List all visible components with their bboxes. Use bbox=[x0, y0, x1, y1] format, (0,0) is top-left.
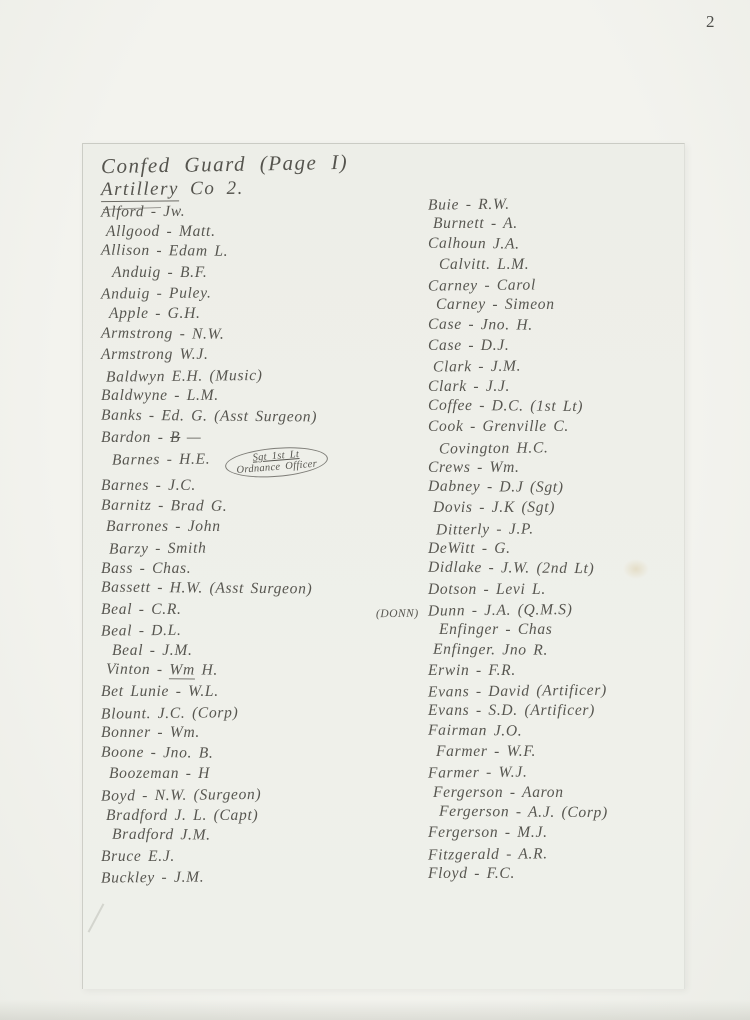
roster-entry: Bradford J.M. bbox=[112, 825, 411, 848]
roster-entry: Beal - J.M. bbox=[112, 641, 411, 662]
page-number: 2 bbox=[706, 12, 716, 32]
entry-text: Beal - D.L. bbox=[101, 622, 182, 640]
roster-entry: Fergerson - M.J. bbox=[428, 823, 728, 843]
entry-text: Covington H.C. bbox=[439, 439, 549, 457]
entry-text: Clark - J.M. bbox=[433, 358, 521, 376]
header-unit-underlined: Artillery bbox=[101, 178, 179, 202]
roster-entry: Armstrong W.J. bbox=[101, 345, 411, 366]
paper-sheet: Confed Guard (Page I) Artillery Co 2. Al… bbox=[82, 143, 685, 989]
entry-text: Erwin - F.R. bbox=[428, 662, 516, 679]
entry-text: Barnes - H.E. bbox=[112, 451, 217, 469]
entry-text: Buie - R.W. bbox=[428, 196, 510, 214]
entry-text: Didlake - J.W. (2nd Lt) bbox=[428, 559, 595, 577]
paper-stain bbox=[623, 559, 649, 579]
entry-text: Evans - S.D. (Artificer) bbox=[428, 702, 595, 719]
entry-text: Fitzgerald - A.R. bbox=[428, 845, 548, 863]
roster-entry: Anduig - B.F. bbox=[112, 263, 411, 284]
roster-entry: Bradford J. L. (Capt) bbox=[106, 806, 411, 827]
entry-text: Bardon - bbox=[101, 429, 170, 446]
entry-text: Armstrong W.J. bbox=[101, 346, 209, 363]
roster-entry: Bass - Chas. bbox=[101, 559, 411, 580]
entry-u: Wm bbox=[169, 662, 195, 680]
roster-entry: Boyd - N.W. (Surgeon) bbox=[101, 783, 411, 807]
entry-text: Case - Jno. H. bbox=[428, 315, 533, 333]
entry-text: Floyd - F.C. bbox=[428, 865, 515, 882]
roster-entry: Apple - G.H. bbox=[109, 304, 411, 325]
entry-text: Boyd - N.W. (Surgeon) bbox=[101, 786, 261, 805]
roster-entry: Boone - Jno. B. bbox=[101, 742, 411, 765]
entry-text: Baldwyn E.H. (Music) bbox=[106, 367, 263, 386]
entry-text: Carney - Carol bbox=[428, 277, 536, 295]
roster-entry: Bassett - H.W. (Asst Surgeon) bbox=[101, 578, 411, 601]
entry-text: Armstrong - N.W. bbox=[101, 324, 225, 342]
entry-text: Allgood - Matt. bbox=[106, 223, 216, 240]
entry-text: Boone - Jno. B. bbox=[101, 743, 214, 761]
entry-text: Dabney - D.J (Sgt) bbox=[428, 478, 564, 496]
roster-entry: Vinton - Wm H. bbox=[106, 660, 411, 683]
roster-entry: Evans - S.D. (Artificer) bbox=[428, 701, 728, 721]
entry-text: H. bbox=[195, 662, 218, 679]
roster-entry: Baldwyn E.H. (Music) bbox=[106, 364, 411, 388]
roster-entry: Farmer - W.F. bbox=[436, 742, 728, 762]
entry-text: Burnett - A. bbox=[433, 215, 518, 232]
entry-text: Farmer - W.F. bbox=[436, 743, 536, 760]
entry-text: Barrones - John bbox=[106, 518, 221, 535]
header-company: Co 2. bbox=[179, 178, 244, 200]
entry-text: Farmer - W.J. bbox=[428, 764, 528, 782]
paper-crease bbox=[88, 903, 105, 932]
roster-entry: Barzy - Smith bbox=[109, 536, 411, 560]
roster-entry: Boozeman - H bbox=[109, 764, 411, 785]
entry-text: Alford - Jw. bbox=[101, 203, 185, 221]
roster-entry: Dotson - Levi L. bbox=[428, 580, 728, 600]
entry-text: Calhoun J.A. bbox=[428, 234, 520, 252]
entry-text: Crews - Wm. bbox=[428, 459, 520, 476]
roster-column-right: Buie - R.W.Burnett - A.Calhoun J.A.Calvi… bbox=[428, 194, 728, 884]
roster-entry: Allgood - Matt. bbox=[106, 222, 411, 243]
entry-text: Beal - J.M. bbox=[112, 642, 193, 659]
roster-entry: Dovis - J.K (Sgt) bbox=[433, 498, 728, 518]
roster-entry: Farmer - W.J. bbox=[428, 761, 728, 784]
header-subtitle: Artillery Co 2. bbox=[101, 177, 348, 201]
roster-entry: Buckley - J.M. bbox=[101, 866, 411, 890]
roster-entry: Barnes - H.E. Sgt 1st LtOrdnance Officer bbox=[112, 447, 411, 478]
entry-text: Carney - Simeon bbox=[436, 296, 555, 313]
roster-entry: Bruce E.J. bbox=[101, 847, 411, 868]
roster-entry: Burnett - A. bbox=[433, 214, 728, 234]
entry-text: Buckley - J.M. bbox=[101, 869, 204, 887]
entry-text: Barnes - J.C. bbox=[101, 477, 196, 494]
roster-entry: Armstrong - N.W. bbox=[101, 323, 411, 346]
entry-text: Fergerson - M.J. bbox=[428, 824, 548, 841]
roster-entry: Bonner - Wm. bbox=[101, 723, 411, 744]
roster-entry: Calhoun J.A. bbox=[428, 233, 728, 256]
entry-strike: B bbox=[170, 429, 180, 446]
entry-text: Evans - David (Artificer) bbox=[428, 682, 607, 701]
entry-text: Fergerson - Aaron bbox=[433, 784, 564, 801]
entry-text: Ditterly - J.P. bbox=[436, 520, 534, 538]
roster-entry: Dabney - D.J (Sgt) bbox=[428, 477, 728, 500]
roster-entry: Barnes - J.C. bbox=[101, 476, 411, 497]
entry-text: Calvitt. L.M. bbox=[439, 256, 529, 273]
entry-text: Clark - J.J. bbox=[428, 378, 510, 395]
roster-entry: Case - Jno. H. bbox=[428, 314, 728, 337]
roster-entry: Blount. J.C. (Corp) bbox=[101, 701, 411, 725]
roster-entry: Beal - C.R. bbox=[101, 600, 411, 621]
roster-entry: (DONN)Dunn - J.A. (Q.M.S) bbox=[428, 598, 728, 621]
roster-entry: Alford - Jw. bbox=[101, 199, 411, 223]
roster-entry: Cook - Grenville C. bbox=[428, 417, 728, 437]
entry-text: Barzy - Smith bbox=[109, 539, 207, 557]
entry-hang: (DONN) bbox=[376, 604, 419, 625]
entry-text: Bradford J.M. bbox=[112, 826, 211, 844]
roster-entry: Barnitz - Brad G. bbox=[101, 495, 411, 518]
entry-text: Bruce E.J. bbox=[101, 848, 175, 865]
roster-entry: Case - D.J. bbox=[428, 336, 728, 356]
roster-entry: Fitzgerald - A.R. bbox=[428, 842, 728, 865]
entry-text: Barnitz - Brad G. bbox=[101, 496, 228, 514]
scanned-page: 2 Confed Guard (Page I) Artillery Co 2. … bbox=[0, 0, 750, 1020]
header-title: Confed Guard (Page I) bbox=[101, 150, 349, 179]
roster-entry: DeWitt - G. bbox=[428, 539, 728, 559]
entry-text: Anduig - Puley. bbox=[101, 285, 212, 303]
document-header: Confed Guard (Page I) Artillery Co 2. bbox=[101, 152, 348, 200]
roster-entry: Crews - Wm. bbox=[428, 458, 728, 478]
roster-entry: Buie - R.W. bbox=[428, 192, 728, 215]
entry-text: Cook - Grenville C. bbox=[428, 418, 569, 435]
entry-text: Case - D.J. bbox=[428, 337, 509, 354]
entry-text: Beal - C.R. bbox=[101, 601, 182, 618]
roster-entry: Fergerson - Aaron bbox=[433, 783, 728, 803]
roster-entry: Clark - J.J. bbox=[428, 377, 728, 397]
roster-entry: Allison - Edam L. bbox=[101, 241, 411, 264]
entry-text: Bass - Chas. bbox=[101, 560, 191, 577]
scan-bottom-shade bbox=[0, 1000, 750, 1020]
roster-entry: Bet Lunie - W.L. bbox=[101, 682, 411, 703]
roster-entry: Evans - David (Artificer) bbox=[428, 680, 728, 703]
roster-entry: Covington H.C. bbox=[439, 436, 728, 459]
entry-text: Bonner - Wm. bbox=[101, 724, 200, 741]
roster-entry: Barrones - John bbox=[106, 517, 411, 538]
roster-column-left: Alford - Jw.Allgood - Matt.Allison - Eda… bbox=[101, 201, 411, 888]
entry-text: Boozeman - H bbox=[109, 765, 210, 782]
roster-entry: Floyd - F.C. bbox=[428, 864, 728, 884]
roster-entry: Enfinger. Jno R. bbox=[433, 639, 728, 662]
entry-text: Dunn - J.A. (Q.M.S) bbox=[428, 601, 573, 620]
roster-entry: Coffee - D.C. (1st Lt) bbox=[428, 396, 728, 419]
roster-entry: Bardon - B — bbox=[101, 428, 411, 449]
roster-entry: Baldwyne - L.M. bbox=[101, 386, 411, 407]
roster-entry: Ditterly - J.P. bbox=[436, 517, 728, 540]
entry-text: Dotson - Levi L. bbox=[428, 581, 546, 598]
entry-text: — bbox=[180, 429, 201, 446]
roster-entry: Banks - Ed. G. (Asst Surgeon) bbox=[101, 406, 411, 429]
entry-text: Dovis - J.K (Sgt) bbox=[433, 499, 555, 516]
roster-entry: Beal - D.L. bbox=[101, 619, 411, 643]
roster-entry: Carney - Simeon bbox=[436, 295, 728, 315]
entry-text: Bassett - H.W. (Asst Surgeon) bbox=[101, 579, 313, 598]
entry-text: Fergerson - A.J. (Corp) bbox=[439, 803, 608, 821]
entry-text: Coffee - D.C. (1st Lt) bbox=[428, 397, 583, 415]
entry-text: Apple - G.H. bbox=[109, 305, 201, 322]
roster-entry: Enfinger - Chas bbox=[439, 620, 728, 640]
entry-text: Banks - Ed. G. (Asst Surgeon) bbox=[101, 407, 317, 426]
entry-text: Bradford J. L. (Capt) bbox=[106, 807, 258, 824]
entry-text: Enfinger. Jno R. bbox=[433, 640, 548, 658]
roster-entry: Fairman J.O. bbox=[428, 720, 728, 743]
entry-text: Enfinger - Chas bbox=[439, 621, 553, 638]
roster-entry: Calvitt. L.M. bbox=[439, 255, 728, 275]
entry-text: Bet Lunie - W.L. bbox=[101, 683, 219, 700]
entry-text: Baldwyne - L.M. bbox=[101, 387, 219, 404]
roster-entry: Fergerson - A.J. (Corp) bbox=[439, 802, 728, 825]
roster-entry: Carney - Carol bbox=[428, 274, 728, 297]
roster-entry: Erwin - F.R. bbox=[428, 661, 728, 681]
entry-text: Allison - Edam L. bbox=[101, 242, 228, 260]
entry-text: Vinton - bbox=[106, 661, 170, 679]
roster-entry: Clark - J.M. bbox=[433, 355, 728, 378]
entry-text: Anduig - B.F. bbox=[112, 264, 207, 281]
roster-entry: Didlake - J.W. (2nd Lt) bbox=[428, 558, 728, 581]
entry-text: Fairman J.O. bbox=[428, 721, 523, 739]
roster-entry: Anduig - Puley. bbox=[101, 282, 411, 306]
entry-text: Blount. J.C. (Corp) bbox=[101, 704, 239, 722]
entry-text: DeWitt - G. bbox=[428, 540, 511, 557]
